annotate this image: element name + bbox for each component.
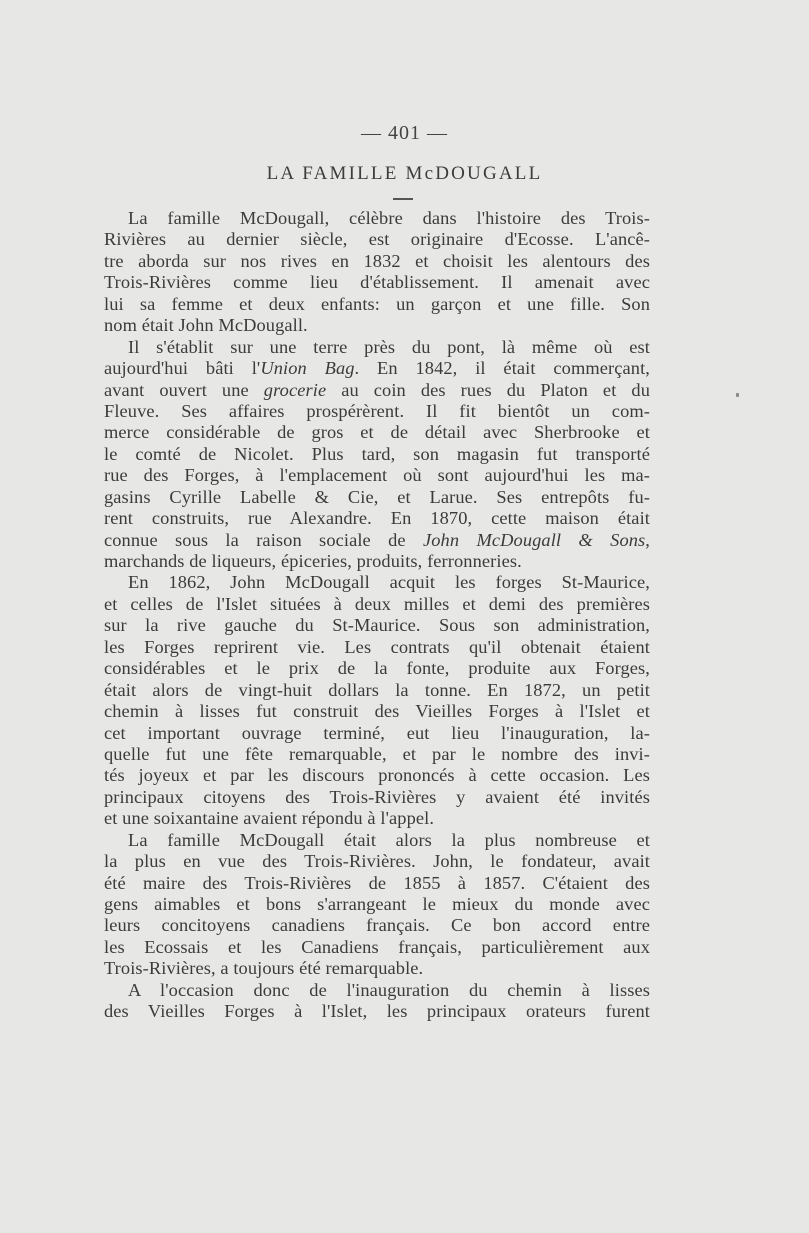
paragraph: A l'occasion donc de l'inauguration du c… xyxy=(104,980,650,1023)
italic-run: grocerie xyxy=(264,380,326,400)
text-line: Il s'établit sur une terre près du pont,… xyxy=(104,337,650,358)
text-line: gasins Cyrille Labelle & Cie, et Larue. … xyxy=(104,487,650,508)
text-line: merce considérable de gros et de détail … xyxy=(104,422,650,443)
text-run: , xyxy=(645,530,650,550)
text-line: et une soixantaine avaient répondu à l'a… xyxy=(104,808,650,829)
text-line: Trois-Rivières comme lieu d'établissemen… xyxy=(104,272,650,293)
text-line: quelle fut une fête remarquable, et par … xyxy=(104,744,650,765)
chapter-title: LA FAMILLE McDOUGALL xyxy=(0,163,809,185)
italic-run: Union Bag xyxy=(260,358,354,378)
text-line: Trois-Rivières, a toujours été remarquab… xyxy=(104,958,650,979)
text-line: En 1862, John McDougall acquit les forge… xyxy=(104,572,650,593)
text-line: nom était John McDougall. xyxy=(104,315,650,336)
text-run: au coin des rues du Platon et du xyxy=(326,380,650,400)
text-run: aujourd'hui bâti l' xyxy=(104,358,260,378)
text-line: marchands de liqueurs, épiceries, produi… xyxy=(104,551,650,572)
text-line: des Vieilles Forges à l'Islet, les princ… xyxy=(104,1001,650,1022)
page-number: — 401 — xyxy=(0,122,809,145)
text-line: La famille McDougall était alors la plus… xyxy=(104,830,650,851)
text-line: chemin à lisses fut construit des Vieill… xyxy=(104,701,650,722)
text-line: considérables et le prix de la fonte, pr… xyxy=(104,658,650,679)
text-line: rent construits, rue Alexandre. En 1870,… xyxy=(104,508,650,529)
text-run: avant ouvert une xyxy=(104,380,264,400)
text-line: été maire des Trois-Rivières de 1855 à 1… xyxy=(104,873,650,894)
paragraph: En 1862, John McDougall acquit les forge… xyxy=(104,572,650,829)
text-line: tés joyeux et par les discours prononcés… xyxy=(104,765,650,786)
text-line: gens aimables et bons s'arrangeant le mi… xyxy=(104,894,650,915)
text-line: sur la rive gauche du St-Maurice. Sous s… xyxy=(104,615,650,636)
text-line: rue des Forges, à l'emplacement où sont … xyxy=(104,465,650,486)
text-line: aujourd'hui bâti l'Union Bag. En 1842, i… xyxy=(104,358,650,379)
text-line: était alors de vingt-huit dollars la ton… xyxy=(104,680,650,701)
title-separator-rule xyxy=(393,198,413,200)
text-line: la plus en vue des Trois-Rivières. John,… xyxy=(104,851,650,872)
text-line: Rivières au dernier siècle, est originai… xyxy=(104,229,650,250)
text-line: Fleuve. Ses affaires prospérèrent. Il fi… xyxy=(104,401,650,422)
text-line: avant ouvert une grocerie au coin des ru… xyxy=(104,380,650,401)
text-line: La famille McDougall, célèbre dans l'his… xyxy=(104,208,650,229)
paragraph: La famille McDougall, célèbre dans l'his… xyxy=(104,208,650,337)
text-run: connue sous la raison sociale de xyxy=(104,530,423,550)
scanned-book-page: — 401 — LA FAMILLE McDOUGALL La famille … xyxy=(0,0,809,1233)
text-line: et celles de l'Islet situées à deux mill… xyxy=(104,594,650,615)
body-text: La famille McDougall, célèbre dans l'his… xyxy=(104,208,650,1023)
italic-run: John McDougall & Sons xyxy=(423,530,645,550)
text-run: . En 1842, il était commerçant, xyxy=(355,358,650,378)
text-line: A l'occasion donc de l'inauguration du c… xyxy=(104,980,650,1001)
text-line: principaux citoyens des Trois-Rivières y… xyxy=(104,787,650,808)
text-line: les Forges reprirent vie. Les contrats q… xyxy=(104,637,650,658)
text-line: cet important ouvrage terminé, eut lieu … xyxy=(104,723,650,744)
paragraph: Il s'établit sur une terre près du pont,… xyxy=(104,337,650,573)
text-line: lui sa femme et deux enfants: un garçon … xyxy=(104,294,650,315)
scan-speck xyxy=(736,393,739,397)
text-line: leurs concitoyens canadiens français. Ce… xyxy=(104,915,650,936)
text-line: tre aborda sur nos rives en 1832 et choi… xyxy=(104,251,650,272)
paragraph: La famille McDougall était alors la plus… xyxy=(104,830,650,980)
text-line: le comté de Nicolet. Plus tard, son maga… xyxy=(104,444,650,465)
text-line: les Ecossais et les Canadiens français, … xyxy=(104,937,650,958)
text-line: connue sous la raison sociale de John Mc… xyxy=(104,530,650,551)
